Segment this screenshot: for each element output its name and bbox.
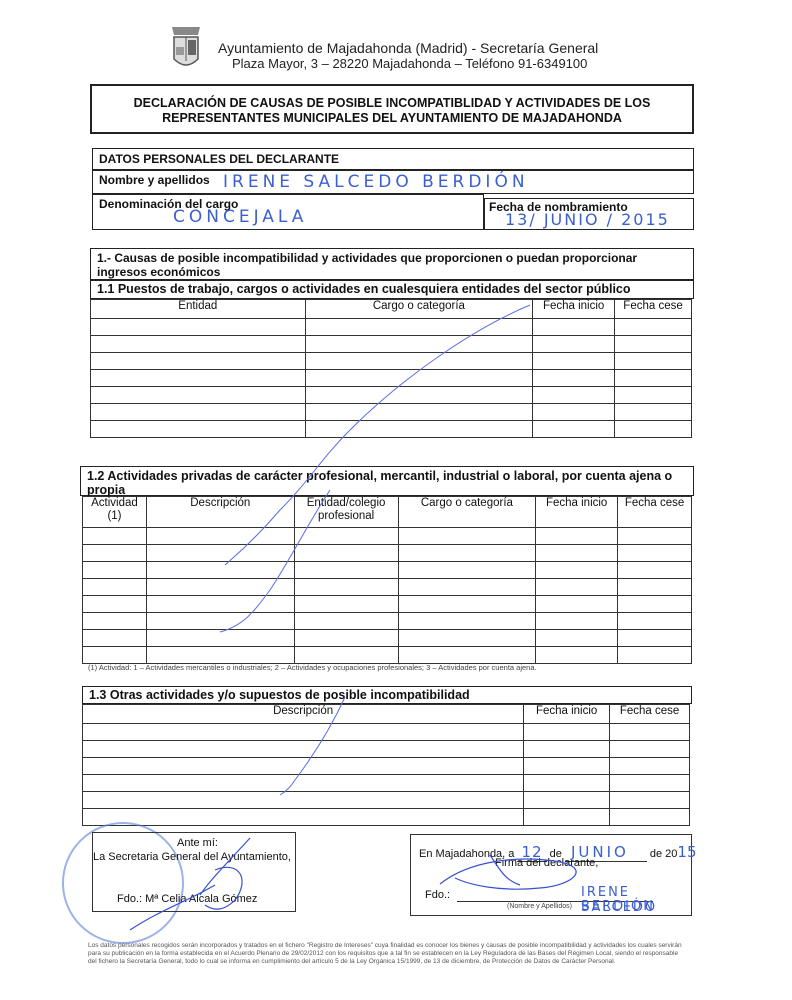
table-cell[interactable] bbox=[83, 741, 524, 758]
table-row bbox=[83, 596, 692, 613]
data-protection-notice: Los datos personales recogidos serán inc… bbox=[88, 942, 688, 966]
ante-mi-label: Ante mí: bbox=[177, 837, 218, 849]
table-cell[interactable] bbox=[615, 319, 692, 336]
title-line-2: REPRESENTANTES MUNICIPALES DEL AYUNTAMIE… bbox=[92, 111, 692, 126]
table-cell[interactable] bbox=[618, 630, 692, 647]
section-1-2-title: 1.2 Actividades privadas de carácter pro… bbox=[80, 466, 694, 496]
table-cell[interactable] bbox=[294, 647, 398, 664]
table-row bbox=[83, 545, 692, 562]
col-entidad: Entidad bbox=[91, 300, 306, 319]
table-cell[interactable] bbox=[615, 421, 692, 438]
table-cell[interactable] bbox=[305, 404, 533, 421]
table-cell[interactable] bbox=[146, 647, 294, 664]
col-fecha-cese: Fecha cese bbox=[618, 497, 692, 528]
table-row bbox=[91, 336, 692, 353]
name-label: Nombre y apellidos bbox=[99, 173, 210, 187]
table-cell[interactable] bbox=[618, 562, 692, 579]
col-fecha-inicio: Fecha inicio bbox=[536, 497, 618, 528]
secretary-signature-box: Ante mí: La Secretaria General del Ayunt… bbox=[92, 832, 296, 912]
table-cell[interactable] bbox=[524, 758, 610, 775]
table-row bbox=[83, 647, 692, 664]
table-row bbox=[83, 613, 692, 630]
table-cell[interactable] bbox=[294, 528, 398, 545]
table-row bbox=[83, 579, 692, 596]
table-cell[interactable] bbox=[146, 596, 294, 613]
col-entidad-colegio: Entidad/colegio profesional bbox=[294, 497, 398, 528]
table-cell[interactable] bbox=[610, 741, 690, 758]
table-cell[interactable] bbox=[610, 809, 690, 826]
table-cell[interactable] bbox=[398, 596, 536, 613]
table-cell[interactable] bbox=[615, 353, 692, 370]
activity-footnote: (1) Actividad: 1 – Actividades mercantil… bbox=[88, 663, 537, 672]
declarant-signature-box: En Majadahonda, a 12 de JUNIO de 2015 Fi… bbox=[410, 834, 692, 916]
table-1-3-header: Descripción Fecha inicio Fecha cese bbox=[83, 705, 690, 724]
col-fecha-inicio: Fecha inicio bbox=[533, 300, 615, 319]
col-fecha-cese: Fecha cese bbox=[610, 705, 690, 724]
table-cell[interactable] bbox=[83, 562, 147, 579]
table-row bbox=[91, 387, 692, 404]
table-cell[interactable] bbox=[610, 792, 690, 809]
firma-label: Firma del declarante, bbox=[495, 857, 598, 869]
table-cell[interactable] bbox=[524, 792, 610, 809]
table-cell[interactable] bbox=[91, 336, 306, 353]
table-row bbox=[83, 630, 692, 647]
col-actividad: Actividad (1) bbox=[83, 497, 147, 528]
table-cell[interactable] bbox=[305, 353, 533, 370]
section-1-3-title: 1.3 Otras actividades y/o supuestos de p… bbox=[82, 686, 692, 704]
table-cell[interactable] bbox=[83, 724, 524, 741]
table-cell[interactable] bbox=[83, 613, 147, 630]
table-cell[interactable] bbox=[610, 775, 690, 792]
table-row bbox=[83, 775, 690, 792]
table-cell[interactable] bbox=[618, 528, 692, 545]
cargo-field[interactable]: Denominación del cargo CONCEJALA bbox=[92, 194, 484, 230]
table-cell[interactable] bbox=[305, 387, 533, 404]
table-cell[interactable] bbox=[83, 792, 524, 809]
secretary-title: La Secretaria General del Ayuntamiento, bbox=[93, 851, 291, 863]
table-cell[interactable] bbox=[618, 613, 692, 630]
table-cell[interactable] bbox=[91, 421, 306, 438]
table-row bbox=[91, 319, 692, 336]
table-row bbox=[91, 404, 692, 421]
table-cell[interactable] bbox=[618, 596, 692, 613]
org-line: Ayuntamiento de Majadahonda (Madrid) - S… bbox=[218, 40, 598, 56]
table-cell[interactable] bbox=[398, 647, 536, 664]
table-cell[interactable] bbox=[533, 421, 615, 438]
table-cell[interactable] bbox=[533, 336, 615, 353]
table-row bbox=[91, 421, 692, 438]
table-cell[interactable] bbox=[83, 528, 147, 545]
table-cell[interactable] bbox=[83, 809, 524, 826]
table-cell[interactable] bbox=[83, 647, 147, 664]
table-row bbox=[83, 741, 690, 758]
table-cell[interactable] bbox=[618, 647, 692, 664]
table-cell[interactable] bbox=[146, 579, 294, 596]
signed-name-2: BERDIÓN bbox=[581, 899, 655, 914]
table-cell[interactable] bbox=[83, 579, 147, 596]
col-descripcion: Descripción bbox=[146, 497, 294, 528]
table-cell[interactable] bbox=[91, 370, 306, 387]
table-cell[interactable] bbox=[305, 421, 533, 438]
table-row bbox=[83, 562, 692, 579]
fecha-nombramiento-field[interactable]: Fecha de nombramiento 13/ JUNIO / 2015 bbox=[484, 198, 694, 230]
section-1-1-title: 1.1 Puestos de trabajo, cargos o activid… bbox=[90, 280, 694, 299]
table-cell[interactable] bbox=[536, 562, 618, 579]
table-cell[interactable] bbox=[91, 353, 306, 370]
table-cell[interactable] bbox=[615, 387, 692, 404]
fecha-nombramiento-value[interactable]: 13/ JUNIO / 2015 bbox=[505, 210, 670, 229]
table-cell[interactable] bbox=[294, 562, 398, 579]
table-cell[interactable] bbox=[83, 630, 147, 647]
fdo-label: Fdo.: bbox=[425, 889, 450, 901]
table-row bbox=[91, 370, 692, 387]
table-cell[interactable] bbox=[536, 528, 618, 545]
table-cell[interactable] bbox=[91, 404, 306, 421]
table-cell[interactable] bbox=[305, 336, 533, 353]
table-cell[interactable] bbox=[83, 545, 147, 562]
personal-section-label: DATOS PERSONALES DEL DECLARANTE bbox=[99, 152, 339, 166]
nombre-hint: (Nombre y Apellidos) bbox=[507, 903, 572, 910]
table-cell[interactable] bbox=[610, 724, 690, 741]
table-cell[interactable] bbox=[524, 741, 610, 758]
table-1-2: Actividad (1) Descripción Entidad/colegi… bbox=[82, 496, 692, 664]
table-cell[interactable] bbox=[294, 630, 398, 647]
document-title: DECLARACIÓN DE CAUSAS DE POSIBLE INCOMPA… bbox=[90, 84, 694, 134]
table-cell[interactable] bbox=[294, 579, 398, 596]
year-value[interactable]: 15 bbox=[677, 843, 696, 861]
table-cell[interactable] bbox=[615, 404, 692, 421]
table-cell[interactable] bbox=[305, 319, 533, 336]
table-cell[interactable] bbox=[536, 596, 618, 613]
table-cell[interactable] bbox=[91, 319, 306, 336]
col-cargo-categoria: Cargo o categoría bbox=[398, 497, 536, 528]
table-cell[interactable] bbox=[536, 545, 618, 562]
cargo-value[interactable]: CONCEJALA bbox=[173, 207, 307, 227]
table-cell[interactable] bbox=[398, 613, 536, 630]
section-1-title: 1.- Causas de posible incompatibilidad y… bbox=[90, 248, 694, 280]
col-cargo: Cargo o categoría bbox=[305, 300, 533, 319]
table-cell[interactable] bbox=[615, 336, 692, 353]
table-cell[interactable] bbox=[533, 319, 615, 336]
table-row bbox=[91, 353, 692, 370]
table-cell[interactable] bbox=[524, 775, 610, 792]
table-cell[interactable] bbox=[536, 630, 618, 647]
table-cell[interactable] bbox=[146, 613, 294, 630]
table-cell[interactable] bbox=[83, 758, 524, 775]
table-cell[interactable] bbox=[536, 579, 618, 596]
col-fecha-inicio: Fecha inicio bbox=[524, 705, 610, 724]
col-descripcion: Descripción bbox=[83, 705, 524, 724]
table-cell[interactable] bbox=[398, 562, 536, 579]
title-line-1: DECLARACIÓN DE CAUSAS DE POSIBLE INCOMPA… bbox=[92, 96, 692, 111]
table-row bbox=[83, 528, 692, 545]
table-1-3: Descripción Fecha inicio Fecha cese bbox=[82, 704, 690, 826]
table-row bbox=[83, 724, 690, 741]
personal-section-header: DATOS PERSONALES DEL DECLARANTE bbox=[92, 148, 694, 170]
table-cell[interactable] bbox=[146, 545, 294, 562]
col-fecha-cese: Fecha cese bbox=[615, 300, 692, 319]
name-field[interactable]: Nombre y apellidos IRENE SALCEDO BERDIÓN bbox=[92, 170, 694, 194]
table-cell[interactable] bbox=[618, 579, 692, 596]
municipal-crest-icon bbox=[168, 25, 204, 73]
table-cell[interactable] bbox=[533, 404, 615, 421]
table-row bbox=[83, 758, 690, 775]
de-label-2: de 20 bbox=[650, 848, 678, 860]
table-cell[interactable] bbox=[294, 596, 398, 613]
table-cell[interactable] bbox=[524, 724, 610, 741]
table-cell[interactable] bbox=[536, 613, 618, 630]
secretary-name: Fdo.: Mª Celia Alcala Gómez bbox=[117, 893, 257, 905]
table-cell[interactable] bbox=[615, 370, 692, 387]
table-cell[interactable] bbox=[618, 545, 692, 562]
table-cell[interactable] bbox=[533, 387, 615, 404]
table-cell[interactable] bbox=[146, 528, 294, 545]
table-1-2-header: Actividad (1) Descripción Entidad/colegi… bbox=[83, 497, 692, 528]
table-cell[interactable] bbox=[533, 353, 615, 370]
table-cell[interactable] bbox=[536, 647, 618, 664]
name-value[interactable]: IRENE SALCEDO BERDIÓN bbox=[223, 172, 529, 192]
table-cell[interactable] bbox=[398, 545, 536, 562]
table-1-1-header: Entidad Cargo o categoría Fecha inicio F… bbox=[91, 300, 692, 319]
table-cell[interactable] bbox=[294, 613, 398, 630]
table-cell[interactable] bbox=[305, 370, 533, 387]
table-cell[interactable] bbox=[524, 809, 610, 826]
address-line: Plaza Mayor, 3 – 28220 Majadahonda – Tel… bbox=[232, 56, 587, 71]
table-cell[interactable] bbox=[146, 562, 294, 579]
table-cell[interactable] bbox=[398, 630, 536, 647]
table-cell[interactable] bbox=[294, 545, 398, 562]
table-cell[interactable] bbox=[533, 370, 615, 387]
table-cell[interactable] bbox=[610, 758, 690, 775]
table-cell[interactable] bbox=[91, 387, 306, 404]
table-row bbox=[83, 792, 690, 809]
table-cell[interactable] bbox=[83, 596, 147, 613]
table-cell[interactable] bbox=[83, 775, 524, 792]
table-1-1: Entidad Cargo o categoría Fecha inicio F… bbox=[90, 299, 692, 438]
table-cell[interactable] bbox=[398, 528, 536, 545]
table-cell[interactable] bbox=[398, 579, 536, 596]
table-cell[interactable] bbox=[146, 630, 294, 647]
table-row bbox=[83, 809, 690, 826]
